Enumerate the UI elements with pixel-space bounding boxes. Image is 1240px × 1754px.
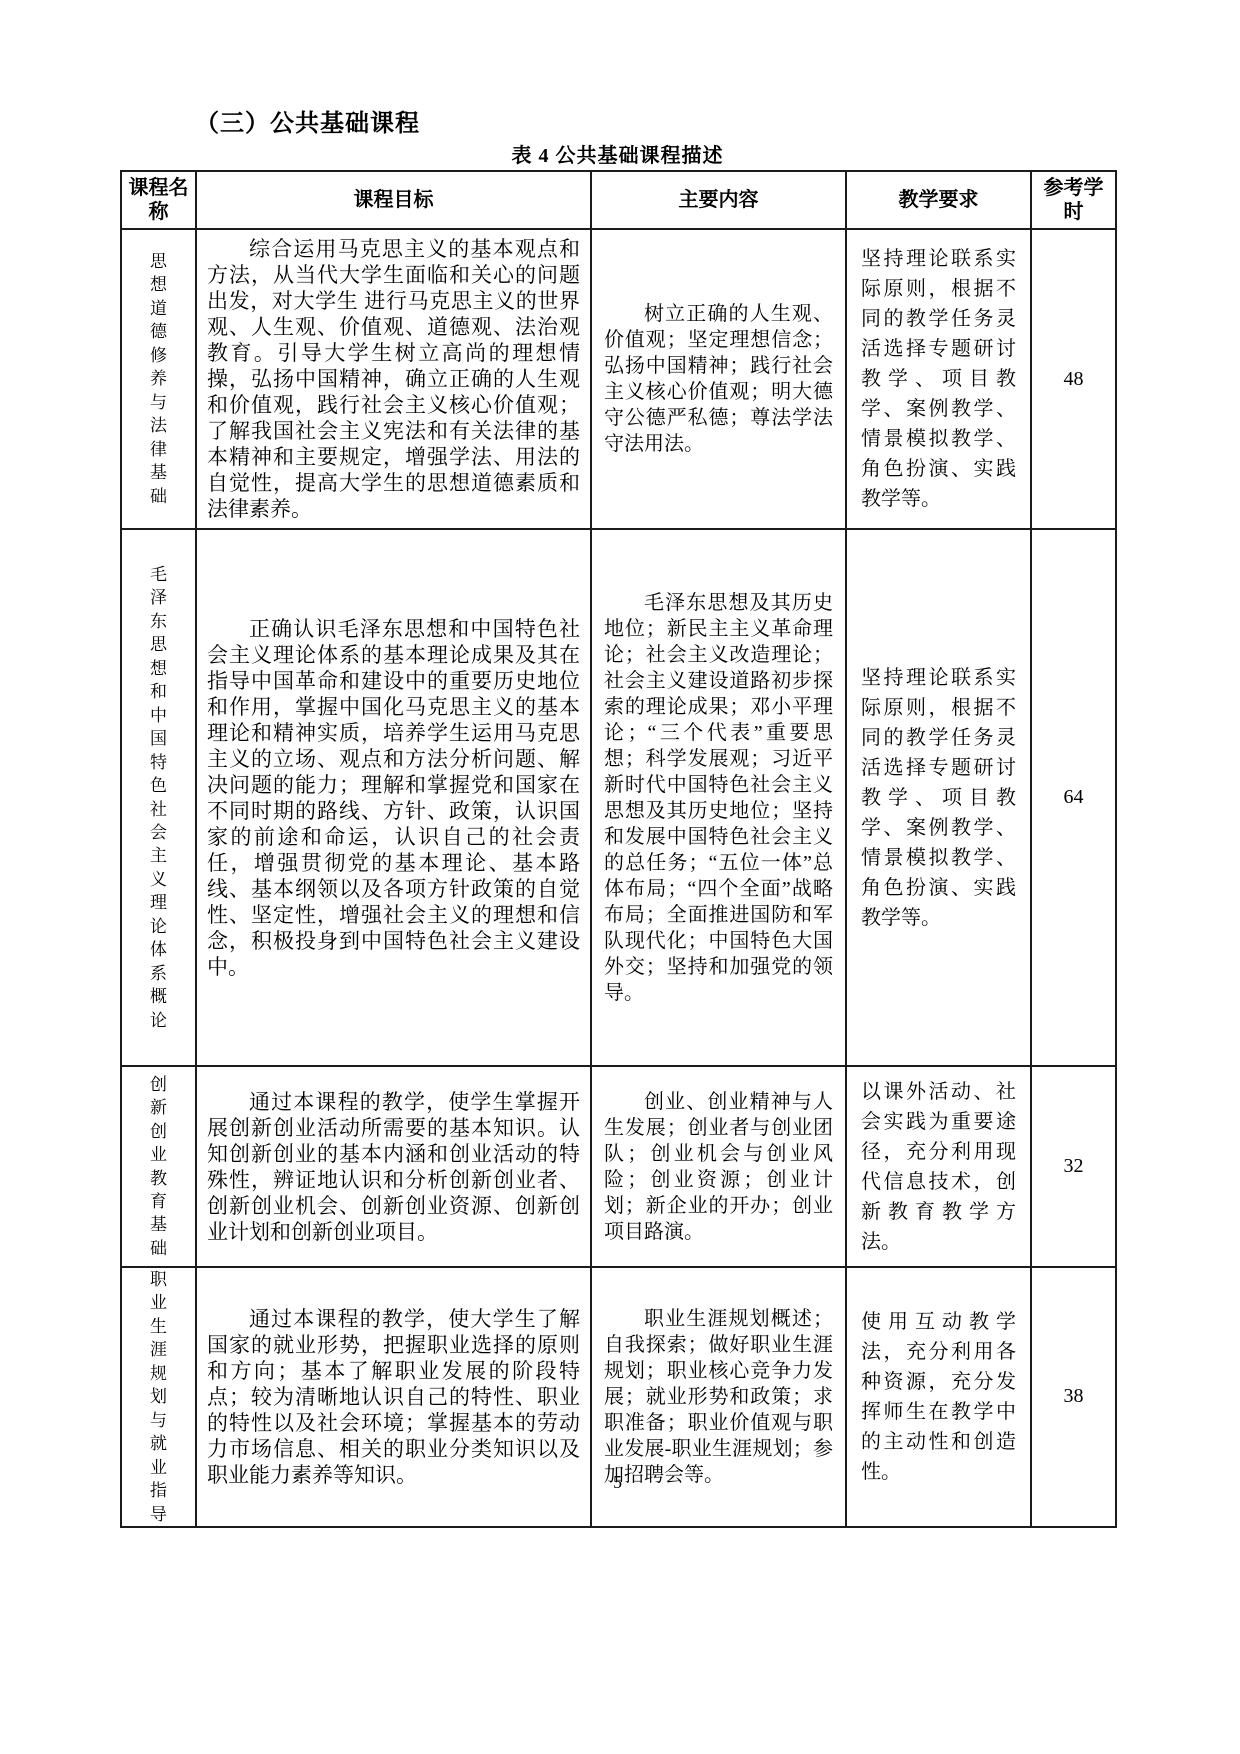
course-content: 职业生涯规划概述；自我探索；做好职业生涯规划；职业核心竞争力发展；就业形势和政策… xyxy=(604,1306,833,1488)
table-header-row: 课程名称 课程目标 主要内容 教学要求 参考学时 xyxy=(121,171,1116,229)
course-content-cell: 树立正确的人生观、价值观；坚定理想信念；弘扬中国精神；践行社会主义核心价值观；明… xyxy=(591,229,846,529)
course-hours-cell: 64 xyxy=(1031,529,1116,1066)
course-objective-cell: 正确认识毛泽东思想和中国特色社会主义理论体系的基本理论成果及其在指导中国革命和建… xyxy=(196,529,591,1066)
course-hours-cell: 48 xyxy=(1031,229,1116,529)
course-description-table: 课程名称 课程目标 主要内容 教学要求 参考学时 思想道德修养与法律基础 综合运… xyxy=(120,170,1117,1528)
course-requirement-cell: 坚持理论联系实际原则，根据不同的教学任务灵活选择专题研讨教学、项目教学、案例教学… xyxy=(846,529,1031,1066)
course-objective: 正确认识毛泽东思想和中国特色社会主义理论体系的基本理论成果及其在指导中国革命和建… xyxy=(207,616,580,980)
course-objective: 通过本课程的教学，使学生掌握开展创新创业活动所需要的基本知识。认知创新创业的基本… xyxy=(207,1089,580,1245)
course-name: 创新创业教育基础 xyxy=(148,1073,169,1261)
page-number: 5 xyxy=(120,1472,1115,1493)
table-row: 创新创业教育基础 通过本课程的教学，使学生掌握开展创新创业活动所需要的基本知识。… xyxy=(121,1066,1116,1267)
course-objective: 综合运用马克思主义的基本观点和方法，从当代大学生面临和关心的问题出发，对大学生 … xyxy=(207,236,580,522)
course-name: 思想道德修养与法律基础 xyxy=(148,250,169,508)
header-hours: 参考学时 xyxy=(1031,171,1116,229)
course-requirement: 以课外活动、社会实践为重要途径，充分利用现代信息技术，创新教育教学方法。 xyxy=(861,1077,1016,1257)
course-requirement: 使用互动教学法，充分利用各种资源，充分发挥师生在教学中的主动性和创造性。 xyxy=(861,1307,1016,1487)
section-title: （三）公共基础课程 xyxy=(195,103,420,138)
course-objective-cell: 通过本课程的教学，使学生掌握开展创新创业活动所需要的基本知识。认知创新创业的基本… xyxy=(196,1066,591,1267)
course-name: 毛泽东思想和中国特色社会主义理论体系概论 xyxy=(148,563,169,1032)
course-objective-cell: 综合运用马克思主义的基本观点和方法，从当代大学生面临和关心的问题出发，对大学生 … xyxy=(196,229,591,529)
header-objectives: 课程目标 xyxy=(196,171,591,229)
course-content-cell: 毛泽东思想及其历史地位；新民主主义革命理论；社会主义改造理论；社会主义建设道路初… xyxy=(591,529,846,1066)
course-requirement-cell: 坚持理论联系实际原则，根据不同的教学任务灵活选择专题研讨教学、项目教学、案例教学… xyxy=(846,229,1031,529)
header-course-name: 课程名称 xyxy=(121,171,196,229)
course-content: 树立正确的人生观、价值观；坚定理想信念；弘扬中国精神；践行社会主义核心价值观；明… xyxy=(604,301,833,457)
course-content-cell: 创业、创业精神与人生发展；创业者与创业团队；创业机会与创业风险；创业资源；创业计… xyxy=(591,1066,846,1267)
table-row: 毛泽东思想和中国特色社会主义理论体系概论 正确认识毛泽东思想和中国特色社会主义理… xyxy=(121,529,1116,1066)
course-requirement: 坚持理论联系实际原则，根据不同的教学任务灵活选择专题研讨教学、项目教学、案例教学… xyxy=(861,663,1016,933)
course-objective: 通过本课程的教学，使大学生了解国家的就业形势，把握职业选择的原则和方向；基本了解… xyxy=(207,1306,580,1488)
course-requirement: 坚持理论联系实际原则，根据不同的教学任务灵活选择专题研讨教学、项目教学、案例教学… xyxy=(861,244,1016,514)
course-name-cell: 思想道德修养与法律基础 xyxy=(121,229,196,529)
document-page: （三）公共基础课程 表 4 公共基础课程描述 课程名称 课程目标 主要内容 教学… xyxy=(0,0,1240,1754)
course-content: 创业、创业精神与人生发展；创业者与创业团队；创业机会与创业风险；创业资源；创业计… xyxy=(604,1089,833,1245)
course-name-cell: 毛泽东思想和中国特色社会主义理论体系概论 xyxy=(121,529,196,1066)
course-content: 毛泽东思想及其历史地位；新民主主义革命理论；社会主义改造理论；社会主义建设道路初… xyxy=(604,590,833,1006)
table-caption: 表 4 公共基础课程描述 xyxy=(120,139,1115,168)
table-row: 思想道德修养与法律基础 综合运用马克思主义的基本观点和方法，从当代大学生面临和关… xyxy=(121,229,1116,529)
course-hours-cell: 32 xyxy=(1031,1066,1116,1267)
course-name-cell: 创新创业教育基础 xyxy=(121,1066,196,1267)
header-content: 主要内容 xyxy=(591,171,846,229)
course-requirement-cell: 以课外活动、社会实践为重要途径，充分利用现代信息技术，创新教育教学方法。 xyxy=(846,1066,1031,1267)
header-requirements: 教学要求 xyxy=(846,171,1031,229)
